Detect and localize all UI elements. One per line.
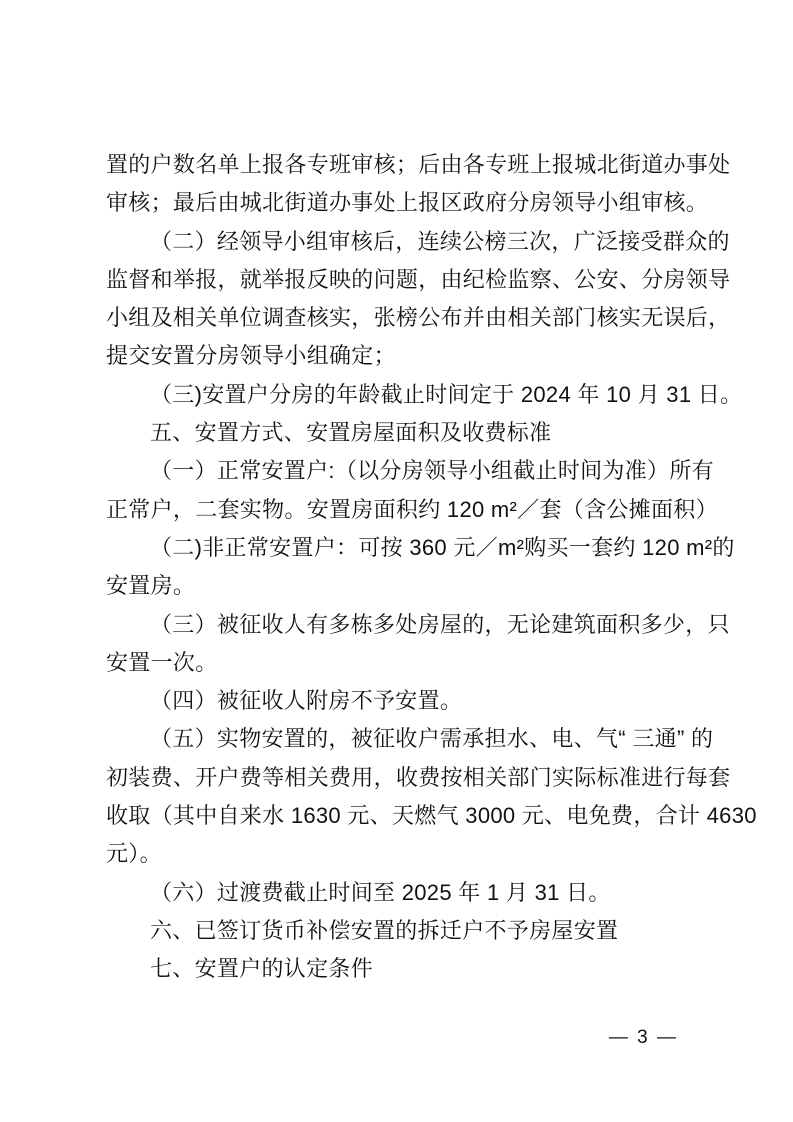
text-line: 元）。 bbox=[106, 835, 706, 873]
text-line: 审核；最后由城北街道办事处上报区政府分房领导小组审核。 bbox=[106, 184, 706, 222]
document-body: 置的户数名单上报各专班审核；后由各专班上报城北街道办事处审核；最后由城北街道办事… bbox=[106, 146, 706, 989]
text-line: 六、已签订货币补偿安置的拆迁户不予房屋安置 bbox=[106, 912, 706, 950]
text-line: 正常户，二套实物。安置房面积约 120 m²／套（含公摊面积） bbox=[106, 491, 706, 529]
text-line: （六）过渡费截止时间至 2025 年 1 月 31 日。 bbox=[106, 874, 706, 912]
text-line: （二)非正常安置户：可按 360 元／m²购买一套约 120 m²的 bbox=[106, 529, 706, 567]
text-line: 七、安置户的认定条件 bbox=[106, 950, 706, 988]
page-number: — 3 — bbox=[609, 1026, 678, 1050]
text-line: （五）实物安置的，被征收户需承担水、电、气“ 三通” 的 bbox=[106, 720, 706, 758]
text-line: 安置房。 bbox=[106, 567, 706, 605]
text-line: 安置一次。 bbox=[106, 644, 706, 682]
text-line: 小组及相关单位调查核实，张榜公布并由相关部门核实无误后， bbox=[106, 299, 706, 337]
text-line: 初装费、开户费等相关费用，收费按相关部门实际标准进行每套 bbox=[106, 759, 706, 797]
text-line: （三)安置户分房的年龄截止时间定于 2024 年 10 月 31 日。 bbox=[106, 376, 706, 414]
text-line: （二）经领导小组审核后，连续公榜三次，广泛接受群众的 bbox=[106, 223, 706, 261]
text-line: （四）被征收人附房不予安置。 bbox=[106, 682, 706, 720]
text-line: 提交安置分房领导小组确定； bbox=[106, 337, 706, 375]
document-page: 置的户数名单上报各专班审核；后由各专班上报城北街道办事处审核；最后由城北街道办事… bbox=[0, 0, 793, 1122]
text-line: 置的户数名单上报各专班审核；后由各专班上报城北街道办事处 bbox=[106, 146, 706, 184]
text-line: （三）被征收人有多栋多处房屋的，无论建筑面积多少，只 bbox=[106, 606, 706, 644]
text-line: 收取（其中自来水 1630 元、天燃气 3000 元、电免费，合计 4630 bbox=[106, 797, 706, 835]
text-line: 五、安置方式、安置房屋面积及收费标准 bbox=[106, 414, 706, 452]
text-line: 监督和举报，就举报反映的问题，由纪检监察、公安、分房领导 bbox=[106, 261, 706, 299]
text-line: （一）正常安置户:（以分房领导小组截止时间为准）所有 bbox=[106, 452, 706, 490]
